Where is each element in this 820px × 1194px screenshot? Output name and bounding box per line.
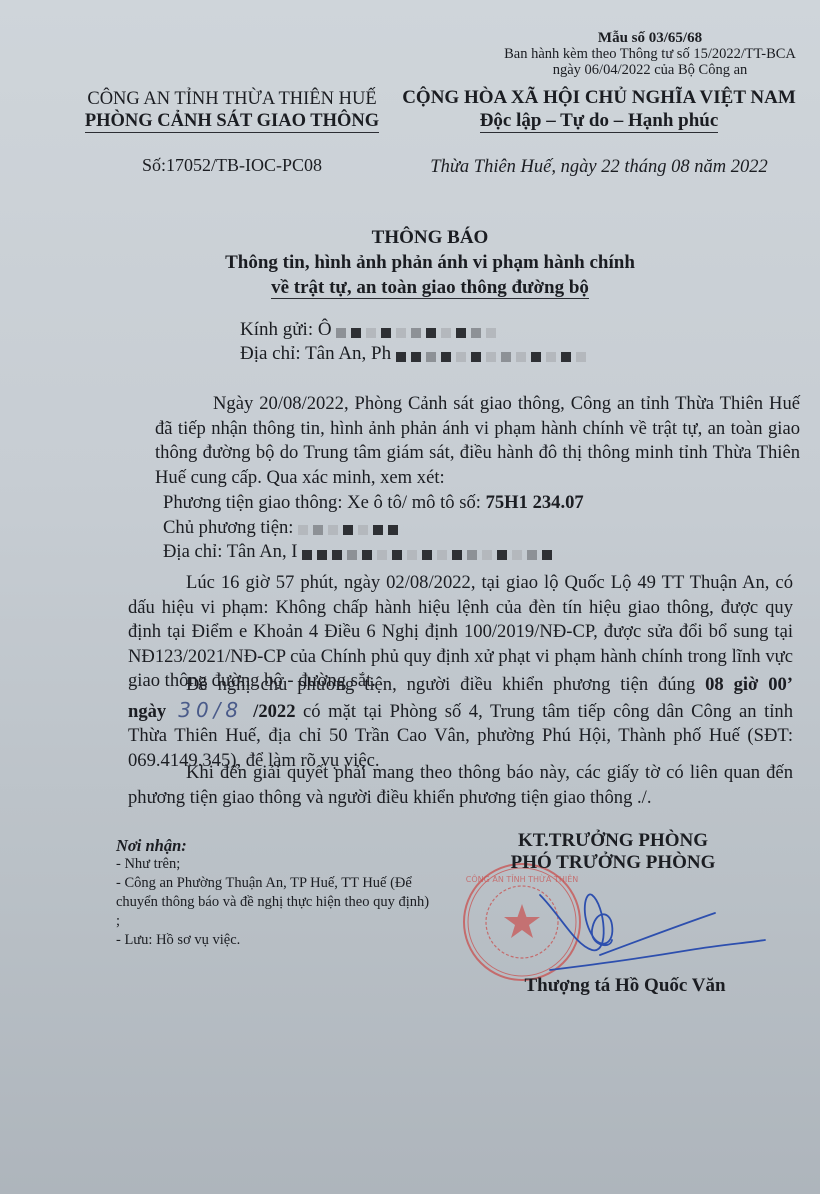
- document-title: THÔNG BÁO Thông tin, hình ảnh phản ánh v…: [150, 225, 710, 300]
- handwritten-date: 30/8: [166, 698, 253, 722]
- vehicle-plate: 75H1 234.07: [486, 492, 584, 513]
- title-main: THÔNG BÁO: [150, 225, 710, 250]
- title-line2: về trật tự, an toàn giao thông đường bộ: [150, 275, 710, 300]
- agency-parent: CÔNG AN TỈNH THỪA THIÊN HUẾ: [72, 88, 392, 110]
- place-date: Thừa Thiên Huế, ngày 22 tháng 08 năm 202…: [398, 157, 800, 178]
- agency-header: CÔNG AN TỈNH THỪA THIÊN HUẾ PHÒNG CẢNH S…: [72, 88, 392, 132]
- redacted-address: [396, 344, 591, 359]
- signature-title-line2: PHÓ TRƯỞNG PHÒNG: [488, 852, 738, 874]
- form-number-block: Mẫu số 03/65/68 Ban hành kèm theo Thông …: [480, 30, 820, 78]
- recipient-address: Địa chỉ: Tân An, Ph: [240, 342, 591, 366]
- receiver-item: - Lưu: Hồ sơ vụ việc.: [116, 931, 436, 950]
- republic-name: CỘNG HÒA XÃ HỘI CHỦ NGHĨA VIỆT NAM: [398, 86, 800, 109]
- agency-department: PHÒNG CẢNH SÁT GIAO THÔNG: [72, 110, 392, 132]
- form-number: Mẫu số 03/65/68: [480, 30, 820, 46]
- paragraph-instructions: Khi đến giải quyết phải mang theo thông …: [128, 761, 793, 810]
- receiver-item: - Như trên;: [116, 855, 436, 874]
- document-number: Số:17052/TB-IOC-PC08: [72, 155, 392, 176]
- republic-header: CỘNG HÒA XÃ HỘI CHỦ NGHĨA VIỆT NAM Độc l…: [398, 86, 800, 132]
- owner-line: Chủ phương tiện:: [163, 516, 584, 541]
- owner-address-line: Địa chỉ: Tân An, I: [163, 540, 584, 565]
- issued-with: Ban hành kèm theo Thông tư số 15/2022/TT…: [480, 46, 820, 62]
- vehicle-line: Phương tiện giao thông: Xe ô tô/ mô tô s…: [163, 491, 584, 516]
- violation-details: Phương tiện giao thông: Xe ô tô/ mô tô s…: [163, 491, 584, 565]
- title-line1: Thông tin, hình ảnh phản ánh vi phạm hàn…: [150, 250, 710, 275]
- republic-motto: Độc lập – Tự do – Hạnh phúc: [398, 109, 800, 132]
- paragraph-intro: Ngày 20/08/2022, Phòng Cảnh sát giao thô…: [155, 392, 800, 490]
- paragraph-summons: Đề nghị chủ phương tiện, người điều khiể…: [128, 673, 793, 773]
- receiver-item: - Công an Phường Thuận An, TP Huế, TT Hu…: [116, 874, 436, 931]
- recipient-block: Kính gửi: Ô Địa chỉ: Tân An, Ph: [240, 318, 591, 366]
- signature-title-block: KT.TRƯỞNG PHÒNG PHÓ TRƯỞNG PHÒNG: [488, 830, 738, 874]
- signature: [530, 875, 770, 975]
- signer-name: Thượng tá Hồ Quốc Văn: [510, 975, 740, 997]
- issued-date: ngày 06/04/2022 của Bộ Công an: [480, 62, 820, 78]
- receivers-heading: Nơi nhận:: [116, 836, 436, 855]
- receivers-block: Nơi nhận: - Như trên; - Công an Phường T…: [116, 836, 436, 950]
- recipient-to: Kính gửi: Ô: [240, 318, 591, 342]
- redacted-owner: [298, 518, 403, 533]
- redacted-name: [336, 320, 501, 335]
- redacted-owner-address: [302, 542, 557, 557]
- signature-title-line1: KT.TRƯỞNG PHÒNG: [488, 830, 738, 852]
